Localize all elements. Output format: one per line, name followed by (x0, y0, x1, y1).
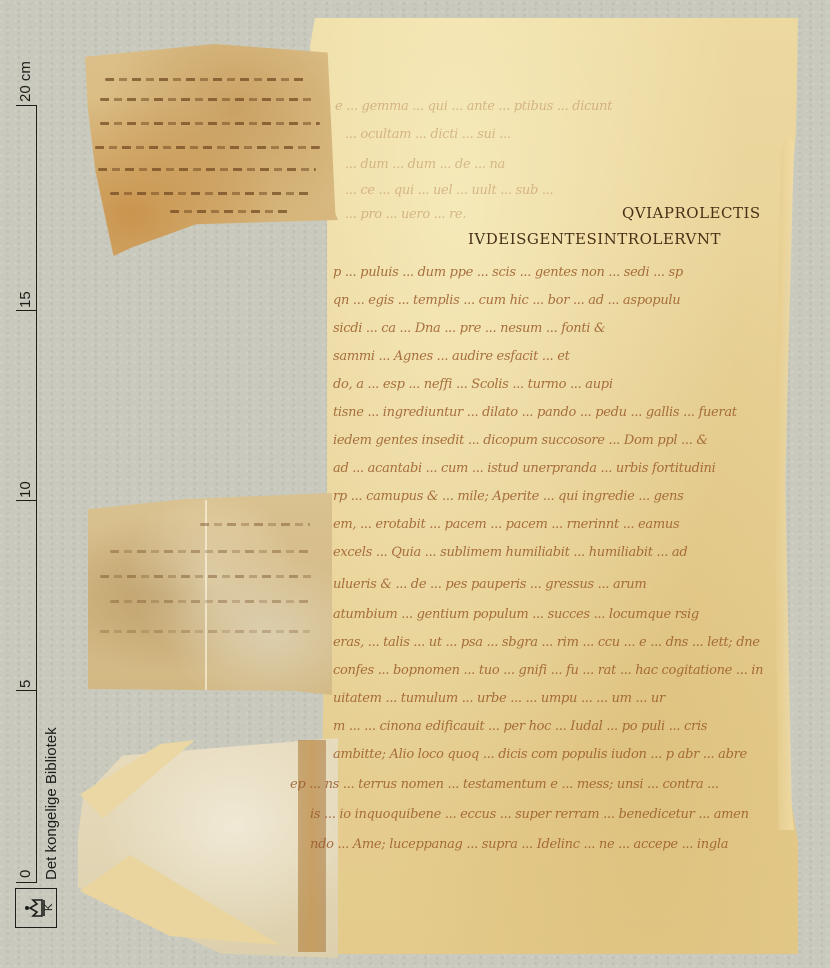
script-line: confes ... bopnomen ... tuo ... gnifi ..… (333, 664, 763, 678)
ruler-tick-0 (16, 882, 36, 883)
ruler-label-0: 0 (18, 870, 34, 878)
fragment-top-script (100, 98, 315, 101)
script-line: ulueris & ... de ... pes pauperis ... gr… (333, 578, 763, 592)
fragment-top-script (100, 122, 320, 125)
ruler-line (36, 105, 37, 883)
institution-label: Det kongelige Bibliotek (44, 727, 60, 880)
ruler-label-5: 5 (18, 680, 34, 688)
rubric-heading-line-2: IVDEISGENTESINTROLERVNT (468, 230, 721, 248)
script-line: e ... gemma ... qui ... ante ... ptibus … (335, 100, 765, 114)
fragment-top-script (95, 146, 320, 149)
ruler-label-10: 10 (18, 481, 34, 498)
ruler-tick-10 (16, 500, 36, 501)
script-line: iedem gentes insedit ... dicopum succoso… (333, 434, 763, 448)
script-line: eras, ... talis ... ut ... psa ... sbgra… (333, 636, 763, 650)
script-line: qn ... egis ... templis ... cum hic ... … (333, 294, 763, 308)
rubric-heading-line-1: QVIAPROLECTIS (622, 204, 761, 222)
ruler-tick-15 (16, 310, 36, 311)
script-line: do, a ... esp ... neffi ... Scolis ... t… (333, 378, 763, 392)
script-line: is ... io inquoquibene ... eccus ... sup… (310, 808, 780, 822)
fragment-top (80, 44, 338, 256)
ruler-label-20: 20 cm (18, 61, 34, 102)
ruler-label-15: 15 (18, 291, 34, 308)
svg-text:K: K (43, 903, 53, 911)
fragment-middle-script (200, 523, 310, 526)
script-line: tisne ... ingrediuntur ... dilato ... pa… (333, 406, 763, 420)
script-line: ep ... ns ... terrus nomen ... testament… (290, 778, 780, 792)
ruler-tick-20 (16, 105, 36, 106)
fragment-top-script (110, 192, 310, 195)
script-line: p ... puluis ... dum ppe ... scis ... ge… (333, 266, 763, 280)
fragment-middle-script (100, 630, 310, 633)
script-line: sicdi ... ca ... Dna ... pre ... nesum .… (333, 322, 763, 336)
crown-logo-icon: K (19, 896, 53, 920)
fragment-top-script (98, 168, 316, 171)
script-line: ambitte; Alio loco quoq ... dicis com po… (333, 748, 763, 762)
script-line: m ... ... cinona edificauit ... per hoc … (333, 720, 763, 734)
fragment-top-script (105, 78, 305, 81)
script-line: ... ce ... qui ... uel ... uult ... sub … (345, 184, 765, 198)
script-line: sammi ... Agnes ... audire esfacit ... e… (333, 350, 763, 364)
fragment-middle-script (100, 575, 315, 578)
script-line: ad ... acantabi ... cum ... istud unerpr… (333, 462, 763, 476)
fragment-middle-fold (205, 500, 207, 690)
ruler-tick-5 (16, 690, 36, 691)
script-line: excels ... Quia ... sublimem humiliabit … (333, 546, 763, 560)
script-line: ... ocultam ... dicti ... sui ... (345, 128, 765, 142)
script-line: uitatem ... tumulum ... urbe ... ... ump… (333, 692, 763, 706)
script-line: ... dum ... dum ... de ... na (345, 158, 765, 172)
script-line: ndo ... Ame; luceppanag ... supra ... Id… (310, 838, 780, 852)
library-logo: K (15, 888, 57, 928)
fragment-middle-script (110, 550, 310, 553)
fragment-top-script (170, 210, 290, 213)
script-line: em, ... erotabit ... pacem ... pacem ...… (333, 518, 763, 532)
script-line: atumbium ... gentium populum ... succes … (333, 608, 763, 622)
script-line: rp ... camupus & ... mile; Aperite ... q… (333, 490, 763, 504)
script-line: ... pro ... uero ... re. (345, 208, 585, 222)
fragment-middle-script (110, 600, 310, 603)
